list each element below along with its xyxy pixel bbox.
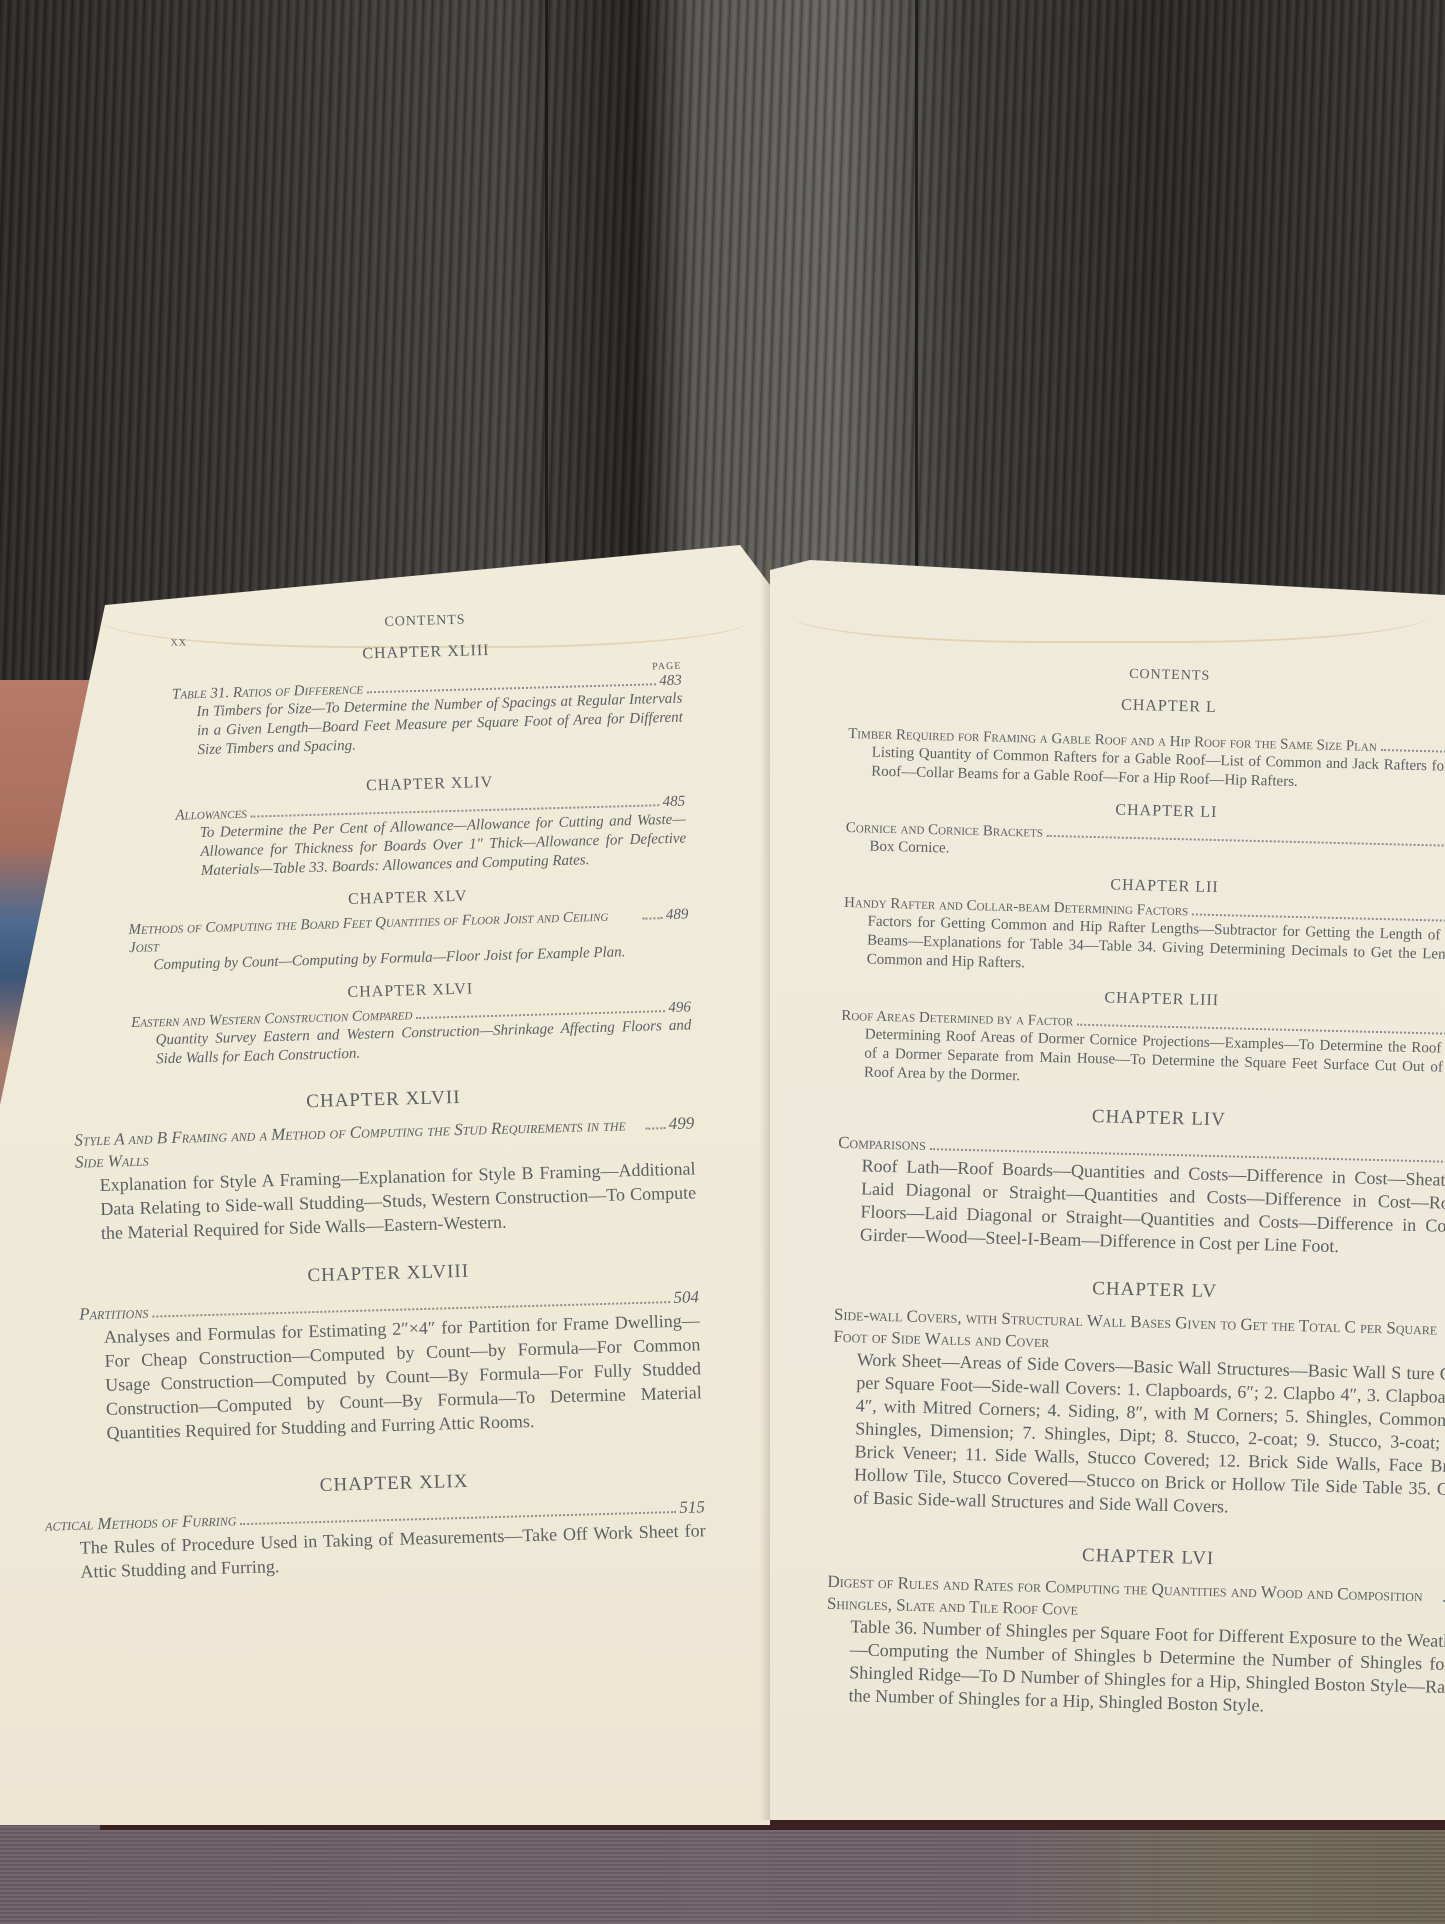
page-number: 485 xyxy=(662,792,685,811)
entry-description: Analyses and Formulas for Estimating 2″×… xyxy=(80,1308,703,1445)
toc-entry: actical Methods of Furring515 The Rules … xyxy=(85,1496,707,1583)
chapter-heading: CHAPTER LVI xyxy=(828,1539,1445,1577)
page-number: 489 xyxy=(666,905,689,924)
toc-entry: Allowances485 To Determine the Per Cent … xyxy=(175,792,687,881)
right-page-contents: CONTENTS xxi CHAPTER L PAGE Timber Requi… xyxy=(824,660,1445,1722)
toc-entry: Cornice and Cornice Brackets528 Box Corn… xyxy=(845,819,1445,872)
running-head: CONTENTS xxi xyxy=(850,660,1445,692)
toc-entry: Table 31. Ratios of Difference483 In Tim… xyxy=(172,672,684,761)
chapter-heading: CHAPTER XLVII xyxy=(73,1080,693,1119)
running-head: xx CONTENTS xyxy=(170,607,680,637)
toc-entry: Handy Rafter and Collar-beam Determining… xyxy=(842,894,1445,985)
page-number: 483 xyxy=(659,672,682,691)
entry-description: Table 36. Number of Shingles per Square … xyxy=(824,1615,1445,1723)
entry-title: Partitions xyxy=(79,1302,149,1326)
toc-entry: Digest of Rules and Rates for Computing … xyxy=(824,1571,1445,1723)
left-page: xx CONTENTS CHAPTER XLIII PAGE Table 31.… xyxy=(0,545,770,1825)
toc-entry: Style A and B Framing and a Method of Co… xyxy=(74,1112,697,1245)
page-number: 499 xyxy=(668,1112,694,1135)
entry-title: Allowances xyxy=(175,805,247,825)
entry-description: Work Sheet—Areas of Side Covers—Basic Wa… xyxy=(829,1348,1445,1525)
chapter-heading: CHAPTER LIV xyxy=(839,1100,1445,1138)
chapter-heading: CHAPTER LV xyxy=(835,1272,1445,1310)
fabric-tablecloth xyxy=(0,1820,1445,1924)
page-number: 515 xyxy=(679,1496,705,1519)
right-page: CONTENTS xxi CHAPTER L PAGE Timber Requi… xyxy=(770,560,1445,1820)
folio: xx xyxy=(170,634,187,650)
page-number: 496 xyxy=(668,998,691,1017)
toc-entry: Comparisons Roof Lath—Roof Boards—Quanti… xyxy=(836,1132,1445,1262)
water-stain xyxy=(790,615,1430,643)
chapter-heading: CHAPTER XLIX xyxy=(84,1464,704,1503)
toc-entry: Partitions504 Analyses and Formulas for … xyxy=(79,1286,703,1445)
entry-title: Comparisons xyxy=(838,1132,926,1156)
page-number: 504 xyxy=(673,1286,699,1309)
toc-entry: Side-wall Covers, with Structural Wall B… xyxy=(829,1304,1445,1525)
toc-entry: Roof Areas Determined by a Factor53 Dete… xyxy=(840,1007,1445,1098)
toc-entry: Eastern and Western Construction Compare… xyxy=(131,998,692,1070)
left-page-contents: xx CONTENTS CHAPTER XLIII PAGE Table 31.… xyxy=(20,607,707,1585)
entry-description: Roof Lath—Roof Boards—Quantities and Cos… xyxy=(836,1154,1445,1262)
chapter-heading: CHAPTER XLVIII xyxy=(78,1254,698,1293)
toc-entry: Methods of Computing the Board Feet Quan… xyxy=(128,905,689,976)
